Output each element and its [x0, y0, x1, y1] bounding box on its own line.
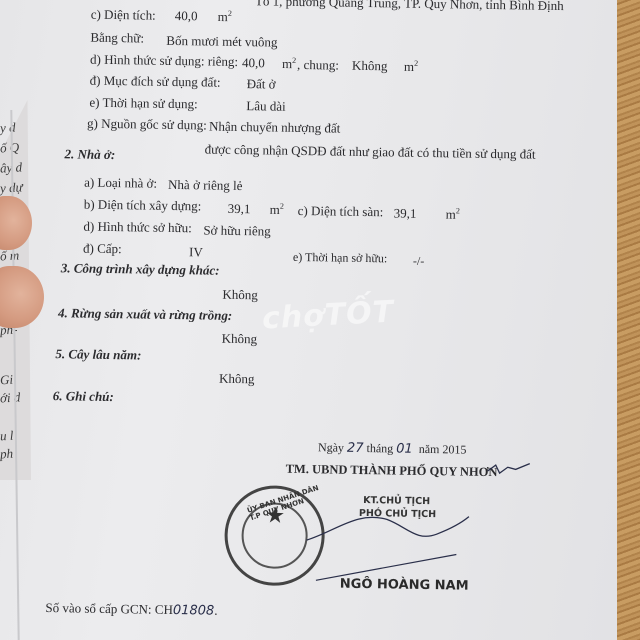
- usage-shared-unit: m2: [404, 59, 418, 76]
- day-value: 27: [347, 441, 364, 456]
- usage-form-label: d) Hình thức sử dụng: riêng:: [90, 52, 238, 70]
- grade-label: đ) Cấp:: [83, 241, 122, 258]
- month-value: 01: [396, 442, 413, 457]
- signer-name: NGÔ HOÀNG NAM: [340, 577, 469, 594]
- build-area-label: b) Diện tích xây dựng:: [84, 197, 202, 215]
- ownership-term-label: e) Thời hạn sở hữu:: [293, 250, 388, 266]
- signature-flourish: [486, 459, 532, 480]
- issuing-authority: TM. UBND THÀNH PHỐ QUY NHƠN: [286, 462, 498, 480]
- usage-shared-value: Không: [352, 58, 388, 75]
- land-area-label: c) Diện tích:: [91, 7, 156, 24]
- section-heading: 5. Cây lâu năm:: [55, 346, 141, 363]
- registry-label: Số vào sổ cấp GCN:: [45, 600, 151, 617]
- ownership-term-value: -/-: [413, 254, 425, 269]
- section-value: Không: [222, 287, 258, 304]
- usage-shared-label: , chung:: [297, 57, 339, 74]
- section-heading: 3. Công trình xây dựng khác:: [61, 260, 220, 278]
- registry-number-value: 01808: [173, 603, 215, 619]
- section-value: Không: [219, 371, 255, 388]
- grade-value: IV: [189, 244, 203, 260]
- signature-date: Ngày 27 tháng 01 năm 2015: [318, 440, 467, 457]
- house-heading: 2. Nhà ở:: [64, 146, 115, 163]
- term-label: e) Thời hạn sử dụng:: [89, 95, 198, 113]
- section-value: Không: [222, 331, 258, 348]
- address-line: Tổ 1, phường Quang Trung, TP. Quy Nhơn, …: [255, 0, 564, 14]
- house-type-value: Nhà ở riêng lẻ: [168, 177, 243, 194]
- land-area-value: 40,0: [175, 8, 198, 24]
- in-words-label: Bằng chữ:: [90, 30, 144, 47]
- usage-private-value: 40,0: [242, 55, 265, 71]
- house-type-label: a) Loại nhà ở:: [84, 175, 157, 192]
- land-area-unit: m2: [218, 9, 232, 26]
- registry-number: Số vào sổ cấp GCN: CH01808.: [45, 600, 217, 619]
- ownership-value: Sở hữu riêng: [203, 222, 271, 239]
- origin-value-2: được công nhận QSDĐ đất như giao đất có …: [205, 141, 536, 162]
- section-heading: 6. Ghi chú:: [53, 388, 114, 405]
- term-value: Lâu dài: [246, 98, 286, 115]
- section-heading: 4. Rừng sản xuất và rừng trồng:: [58, 305, 232, 324]
- origin-value-1: Nhận chuyển nhượng đất: [209, 119, 341, 137]
- usage-private-unit: m2: [282, 56, 296, 73]
- origin-label: g) Nguồn gốc sử dụng:: [87, 116, 207, 134]
- floor-area-unit: m2: [446, 206, 460, 223]
- build-area-value: 39,1: [228, 201, 251, 217]
- in-words-value: Bốn mươi mét vuông: [166, 33, 277, 51]
- purpose-label: đ) Mục đích sử dụng đất:: [90, 73, 221, 91]
- floor-area-label: c) Diện tích sàn:: [298, 203, 384, 220]
- chotot-watermark: chợTỐT: [261, 295, 395, 337]
- ownership-label: d) Hình thức sở hữu:: [83, 219, 192, 237]
- purpose-value: Đất ở: [247, 76, 276, 92]
- floor-area-value: 39,1: [394, 205, 417, 221]
- build-area-unit: m2: [270, 202, 284, 219]
